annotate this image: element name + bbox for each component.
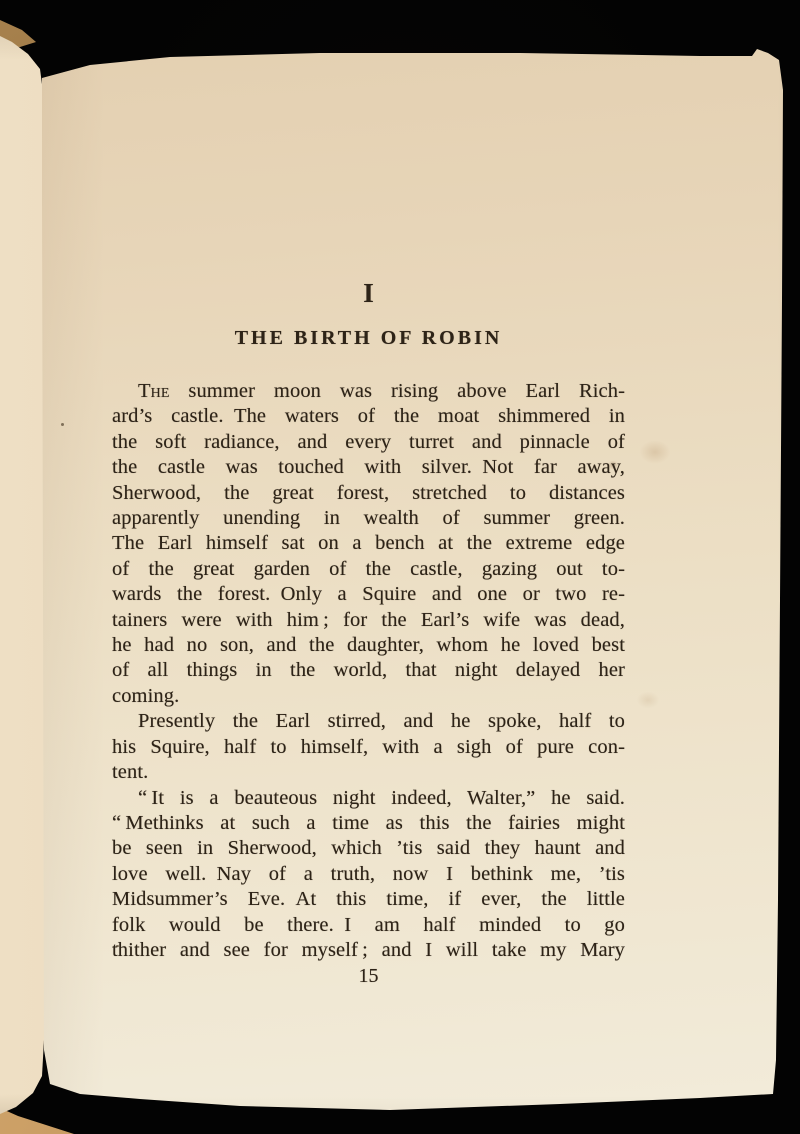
body-line: “ It is a beauteous night indeed, Walter… <box>112 786 625 811</box>
book-photo: I THE BIRTH OF ROBIN The summer moon was… <box>0 0 800 1134</box>
body-line: of the great garden of the castle, gazin… <box>112 557 625 582</box>
text-column: I THE BIRTH OF ROBIN The summer moon was… <box>112 0 625 1134</box>
chapter-title: THE BIRTH OF ROBIN <box>112 325 625 351</box>
body-line: coming. <box>112 684 625 709</box>
small-caps-lead: The <box>138 380 169 402</box>
body-line: he had no son, and the daughter, whom he… <box>112 633 625 658</box>
body-line: love well. Nay of a truth, now I bethink… <box>112 862 625 887</box>
body-line: wards the forest. Only a Squire and one … <box>112 582 625 607</box>
body-line: thither and see for myself ; and I will … <box>112 938 625 963</box>
body-line: The Earl himself sat on a bench at the e… <box>112 531 625 556</box>
body-line: ard’s castle. The waters of the moat shi… <box>112 404 625 429</box>
body-line: “ Methinks at such a time as this the fa… <box>112 811 625 836</box>
chapter-number: I <box>112 278 625 308</box>
body-line: tainers were with him ; for the Earl’s w… <box>112 608 625 633</box>
page-number: 15 <box>112 962 625 990</box>
ink-speck <box>61 423 64 426</box>
body-line: Midsummer’s Eve. At this time, if ever, … <box>112 887 625 912</box>
body-line: Sherwood, the great forest, stretched to… <box>112 481 625 506</box>
body-line: The summer moon was rising above Earl Ri… <box>112 379 625 404</box>
body-line: of all things in the world, that night d… <box>112 658 625 683</box>
body-line: be seen in Sherwood, which ’tis said the… <box>112 836 625 861</box>
body-line: the soft radiance, and every turret and … <box>112 430 625 455</box>
body-line: the castle was touched with silver. Not … <box>112 455 625 480</box>
body-line: Presently the Earl stirred, and he spoke… <box>112 709 625 734</box>
body-text: The summer moon was rising above Earl Ri… <box>112 379 625 963</box>
body-line: his Squire, half to himself, with a sigh… <box>112 735 625 760</box>
body-line: apparently unending in wealth of summer … <box>112 506 625 531</box>
body-line: tent. <box>112 760 625 785</box>
body-line: folk would be there. I am half minded to… <box>112 913 625 938</box>
book-page: I THE BIRTH OF ROBIN The summer moon was… <box>0 0 800 1134</box>
